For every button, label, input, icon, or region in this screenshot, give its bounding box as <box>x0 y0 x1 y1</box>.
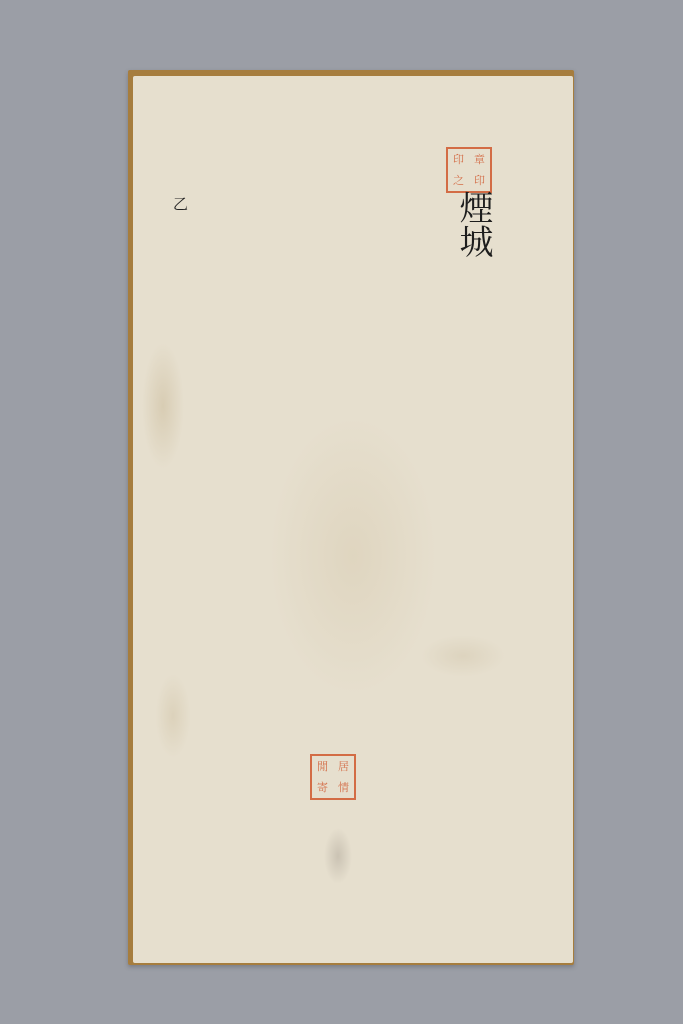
album-leaf-paper <box>133 76 573 963</box>
seal-top: 印 章 之 印 <box>446 147 492 193</box>
seal-char: 情 <box>333 782 354 794</box>
calligraphy-inscription: 煙城 <box>446 190 494 258</box>
seal-char: 寄 <box>312 782 333 794</box>
corner-mark: 乙 <box>173 193 188 214</box>
seal-char: 印 <box>448 154 469 166</box>
seal-char: 居 <box>333 761 354 773</box>
seal-char: 之 <box>448 175 469 187</box>
seal-bottom: 閒 居 寄 情 <box>310 754 356 800</box>
seal-char: 印 <box>469 175 490 187</box>
seal-char: 章 <box>469 154 490 166</box>
seal-char: 閒 <box>312 761 333 773</box>
